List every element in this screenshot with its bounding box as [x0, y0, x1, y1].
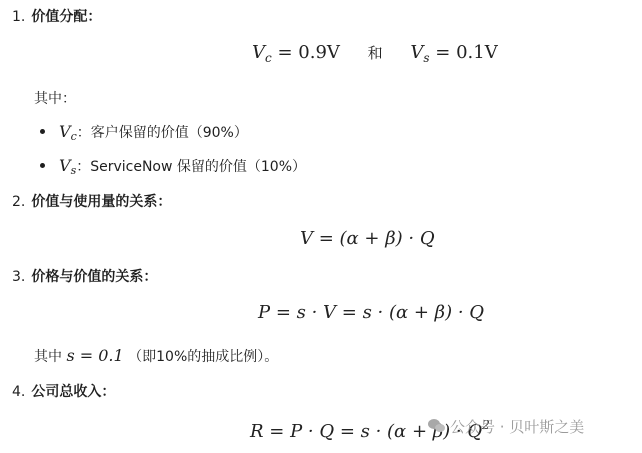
bullet-var: Vs — [59, 156, 76, 175]
connector-and: 和 — [368, 44, 383, 62]
bullet-icon — [40, 163, 45, 168]
section-number: 3. — [12, 269, 25, 285]
section-number: 2. — [12, 194, 25, 210]
var-v: V — [252, 42, 265, 63]
section-2-heading: 2.价值与使用量的关系： — [12, 191, 171, 211]
section-3-heading: 3.价格与价值的关系： — [12, 266, 157, 286]
bullet-text: ：客户保留的价值（90%） — [77, 125, 248, 141]
section-4-heading: 4.公司总收入： — [12, 381, 115, 401]
subscript-c: c — [265, 51, 272, 65]
section-1-heading: 1.价值分配： — [12, 6, 101, 26]
section-number: 4. — [12, 384, 25, 400]
subscript-s: s — [423, 51, 429, 65]
formula-price-value: P = s · V = s · (α + β) · Q — [258, 302, 484, 323]
section-title: 公司总收入： — [31, 384, 115, 400]
note-label: 其中： — [34, 88, 76, 108]
note-math: s = 0.1 — [66, 346, 123, 365]
watermark: 公众号 · 贝叶斯之美 — [428, 416, 584, 437]
bullet-icon — [40, 129, 45, 134]
note-prefix: 其中 — [34, 349, 62, 365]
formula-rhs: = 0.9V — [277, 42, 339, 63]
section-title: 价值分配： — [31, 9, 101, 25]
formula-value-usage: V = (α + β) · Q — [300, 228, 435, 249]
section-title: 价值与使用量的关系： — [31, 194, 171, 210]
formula-rhs: = 0.1V — [435, 42, 497, 63]
watermark-text: 公众号 · 贝叶斯之美 — [450, 418, 584, 436]
section-title: 价格与价值的关系： — [31, 269, 157, 285]
bullet-var: Vc — [59, 122, 77, 141]
bullet-item: Vc：客户保留的价值（90%） — [40, 122, 248, 143]
bullet-item: Vs：ServiceNow 保留的价值（10%） — [40, 156, 306, 177]
formula-value-split: Vc = 0.9V 和 Vs = 0.1V — [252, 42, 498, 65]
section-number: 1. — [12, 9, 25, 25]
bullet-text: ：ServiceNow 保留的价值（10%） — [76, 159, 306, 175]
note-suffix: （即10%的抽成比例）。 — [128, 349, 278, 365]
wechat-icon — [428, 419, 446, 433]
var-v: V — [410, 42, 423, 63]
note-s: 其中 s = 0.1 （即10%的抽成比例）。 — [34, 346, 278, 366]
